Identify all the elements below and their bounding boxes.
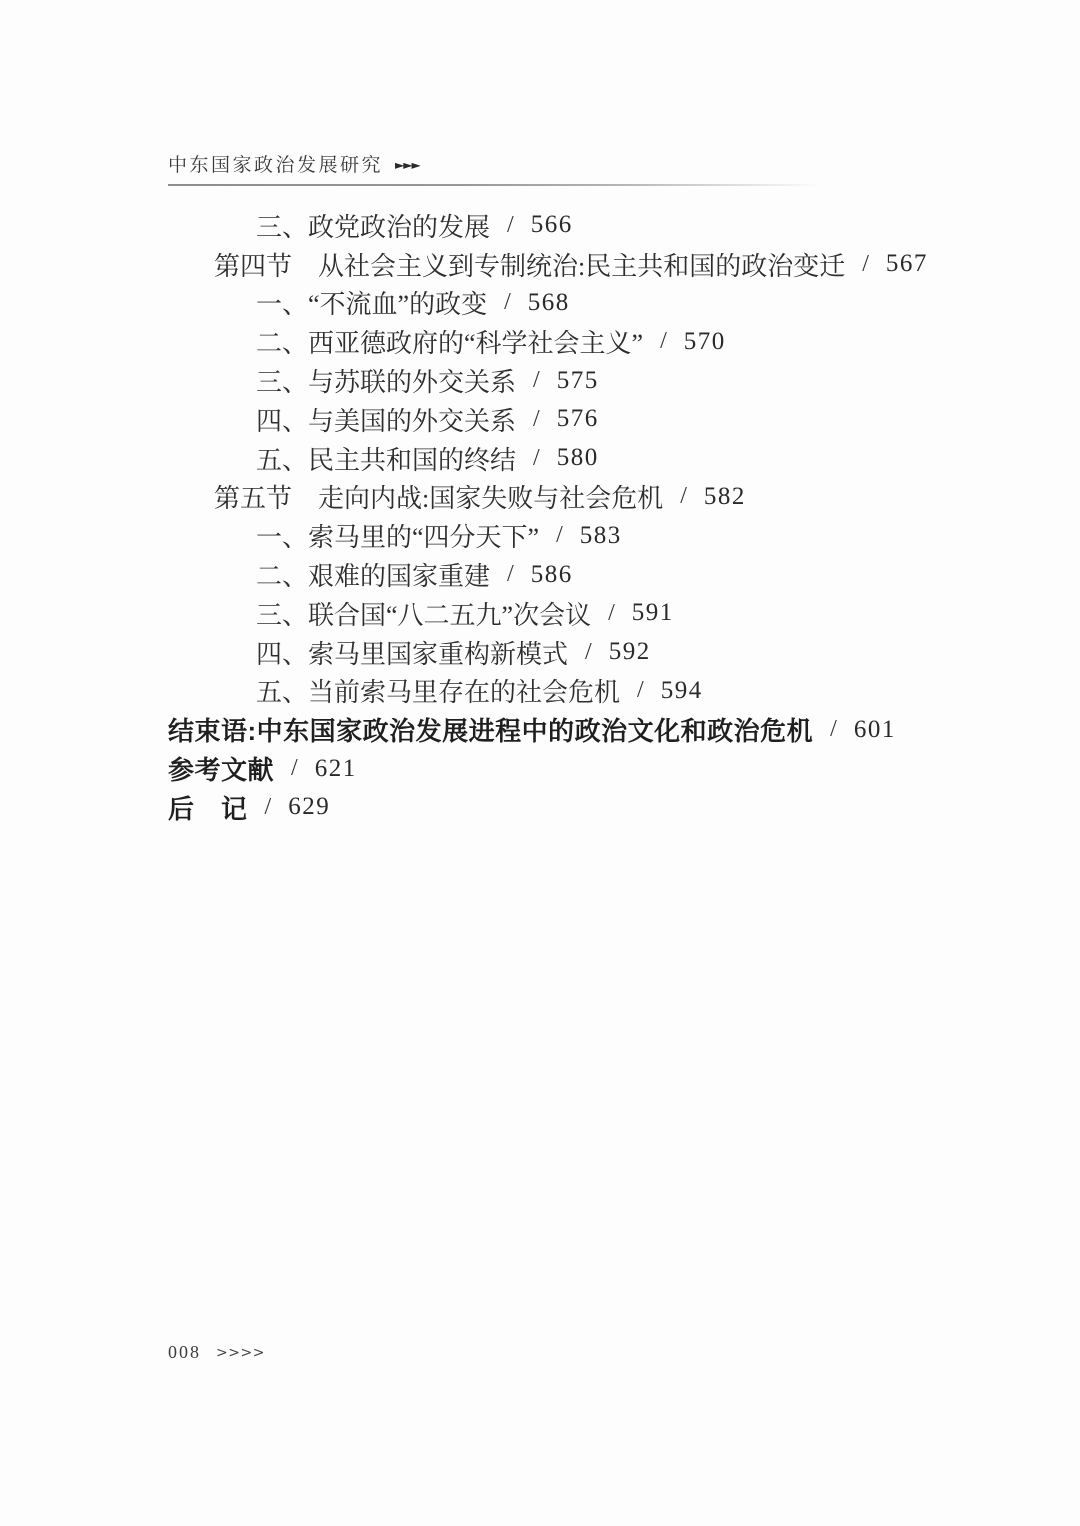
toc-entry: 三、联合国“八二五九”次会议 / 591 [168,594,1028,633]
toc-entry-separator: / [830,716,837,743]
toc-entry-page-number: 582 [704,483,746,511]
toc-entry-separator: / [504,289,511,316]
toc-entry-separator: / [507,561,514,588]
toc-entry: 一、“不流血”的政变 / 568 [168,284,1028,323]
toc-entry: 二、西亚德政府的“科学社会主义” / 570 [168,322,1028,361]
toc-entry-title: 五、民主共和国的终结 [256,440,516,477]
toc-entry-page-number: 601 [854,716,896,744]
toc-entry: 四、索马里国家重构新模式 / 592 [168,633,1028,672]
toc-entry: 四、与美国的外交关系 / 576 [168,400,1028,439]
toc-entry: 参考文献 / 621 [168,749,1028,788]
toc-entry-separator: / [660,328,667,355]
toc-entry-title: 参考文献 [168,750,274,787]
toc-entry-page-number: 568 [528,289,570,317]
toc-entry-title: 五、当前索马里存在的社会危机 [256,672,620,709]
toc-entry-separator: / [585,639,592,666]
toc-entry-page-number: 570 [684,328,726,356]
toc-entry-title: 一、索马里的“四分天下” [256,517,539,554]
toc-entry: 结束语:中东国家政治发展进程中的政治文化和政治危机 / 601 [168,710,1028,749]
running-head: 中东国家政治发展研究 ►►► [168,150,420,177]
toc-entry-page-number: 592 [609,638,651,666]
toc-entry: 五、民主共和国的终结 / 580 [168,439,1028,478]
toc-entry-separator: / [291,755,298,782]
toc-entry-page-number: 586 [531,561,573,589]
toc-entry: 三、与苏联的外交关系 / 575 [168,361,1028,400]
running-head-title: 中东国家政治发展研究 [168,150,383,177]
toc-entry-separator: / [533,445,540,472]
table-of-contents: 三、政党政治的发展 / 566 第四节 从社会主义到专制统治:民主共和国的政治变… [168,206,1028,827]
toc-entry-title: 二、西亚德政府的“科学社会主义” [256,323,643,360]
toc-entry-separator: / [556,522,563,549]
toc-entry-page-number: 566 [531,211,573,239]
page-footer: 008 >>>> [168,1342,265,1363]
toc-entry: 二、艰难的国家重建 / 586 [168,555,1028,594]
toc-entry-title: 四、索马里国家重构新模式 [256,634,568,671]
toc-entry-title: 三、政党政治的发展 [256,207,490,244]
toc-entry-page-number: 576 [557,405,599,433]
running-head-arrows-icon: ►►► [395,156,420,172]
toc-entry-title: 三、与苏联的外交关系 [256,362,516,399]
toc-entry-page-number: 594 [661,677,703,705]
toc-entry: 三、政党政治的发展 / 566 [168,206,1028,245]
toc-entry-separator: / [637,677,644,704]
toc-entry-separator: / [680,483,687,510]
toc-entry-separator: / [533,406,540,433]
toc-entry: 第五节 走向内战:国家失败与社会危机 / 582 [168,478,1028,517]
toc-entry-page-number: 591 [632,599,674,627]
toc-entry-separator: / [862,251,869,278]
toc-entry-page-number: 575 [557,367,599,395]
header-divider [168,184,820,186]
toc-entry-page-number: 621 [315,755,357,783]
toc-entry-title: 第五节 走向内战:国家失败与社会危机 [214,478,663,515]
toc-entry-separator: / [507,212,514,239]
footer-arrows-icon: >>>> [216,1345,265,1361]
toc-entry-page-number: 567 [886,250,928,278]
toc-entry-separator: / [533,367,540,394]
toc-entry-separator: / [265,794,272,821]
toc-entry-title: 结束语:中东国家政治发展进程中的政治文化和政治危机 [168,711,813,748]
toc-entry-title: 后 记 [168,789,248,826]
toc-entry-title: 四、与美国的外交关系 [256,401,516,438]
toc-entry-title: 三、联合国“八二五九”次会议 [256,595,591,632]
toc-entry: 一、索马里的“四分天下” / 583 [168,516,1028,555]
toc-entry: 五、当前索马里存在的社会危机 / 594 [168,672,1028,711]
folio-page-number: 008 [168,1342,201,1363]
toc-entry-title: 二、艰难的国家重建 [256,556,490,593]
toc-entry-title: 一、“不流血”的政变 [256,284,487,321]
toc-entry-page-number: 583 [580,522,622,550]
toc-entry: 第四节 从社会主义到专制统治:民主共和国的政治变迁 / 567 [168,245,1028,284]
toc-entry: 后 记 / 629 [168,788,1028,827]
book-page: 中东国家政治发展研究 ►►► 三、政党政治的发展 / 566 第四节 从社会主义… [0,0,1080,1526]
toc-entry-title: 第四节 从社会主义到专制统治:民主共和国的政治变迁 [214,246,845,283]
toc-entry-separator: / [608,600,615,627]
toc-entry-page-number: 580 [557,444,599,472]
toc-entry-page-number: 629 [288,793,330,821]
